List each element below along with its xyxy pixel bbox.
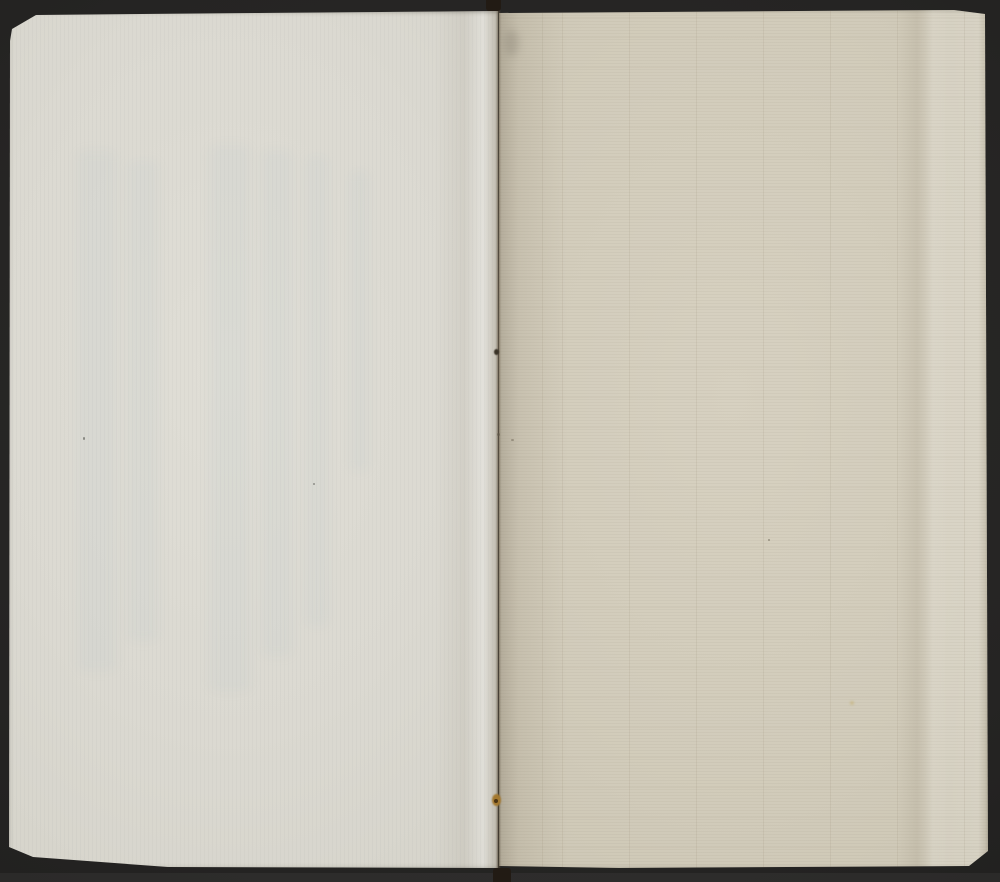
spine-gutter-line: [497, 10, 500, 869]
right-page-fold-shadow: [897, 9, 947, 869]
ghost-band: [128, 161, 158, 641]
ghost-band: [210, 146, 250, 691]
right-page: [499, 9, 988, 869]
ghost-band: [350, 171, 368, 471]
binding-notch-top: [486, 0, 501, 11]
left-page: [8, 11, 498, 869]
ghost-band: [306, 156, 328, 626]
ghost-band: [78, 151, 116, 671]
ghost-band: [262, 151, 292, 656]
left-page-ghosting-layer: [8, 11, 498, 869]
binding-notch-bottom: [493, 868, 511, 882]
scan-root: [0, 0, 1000, 882]
